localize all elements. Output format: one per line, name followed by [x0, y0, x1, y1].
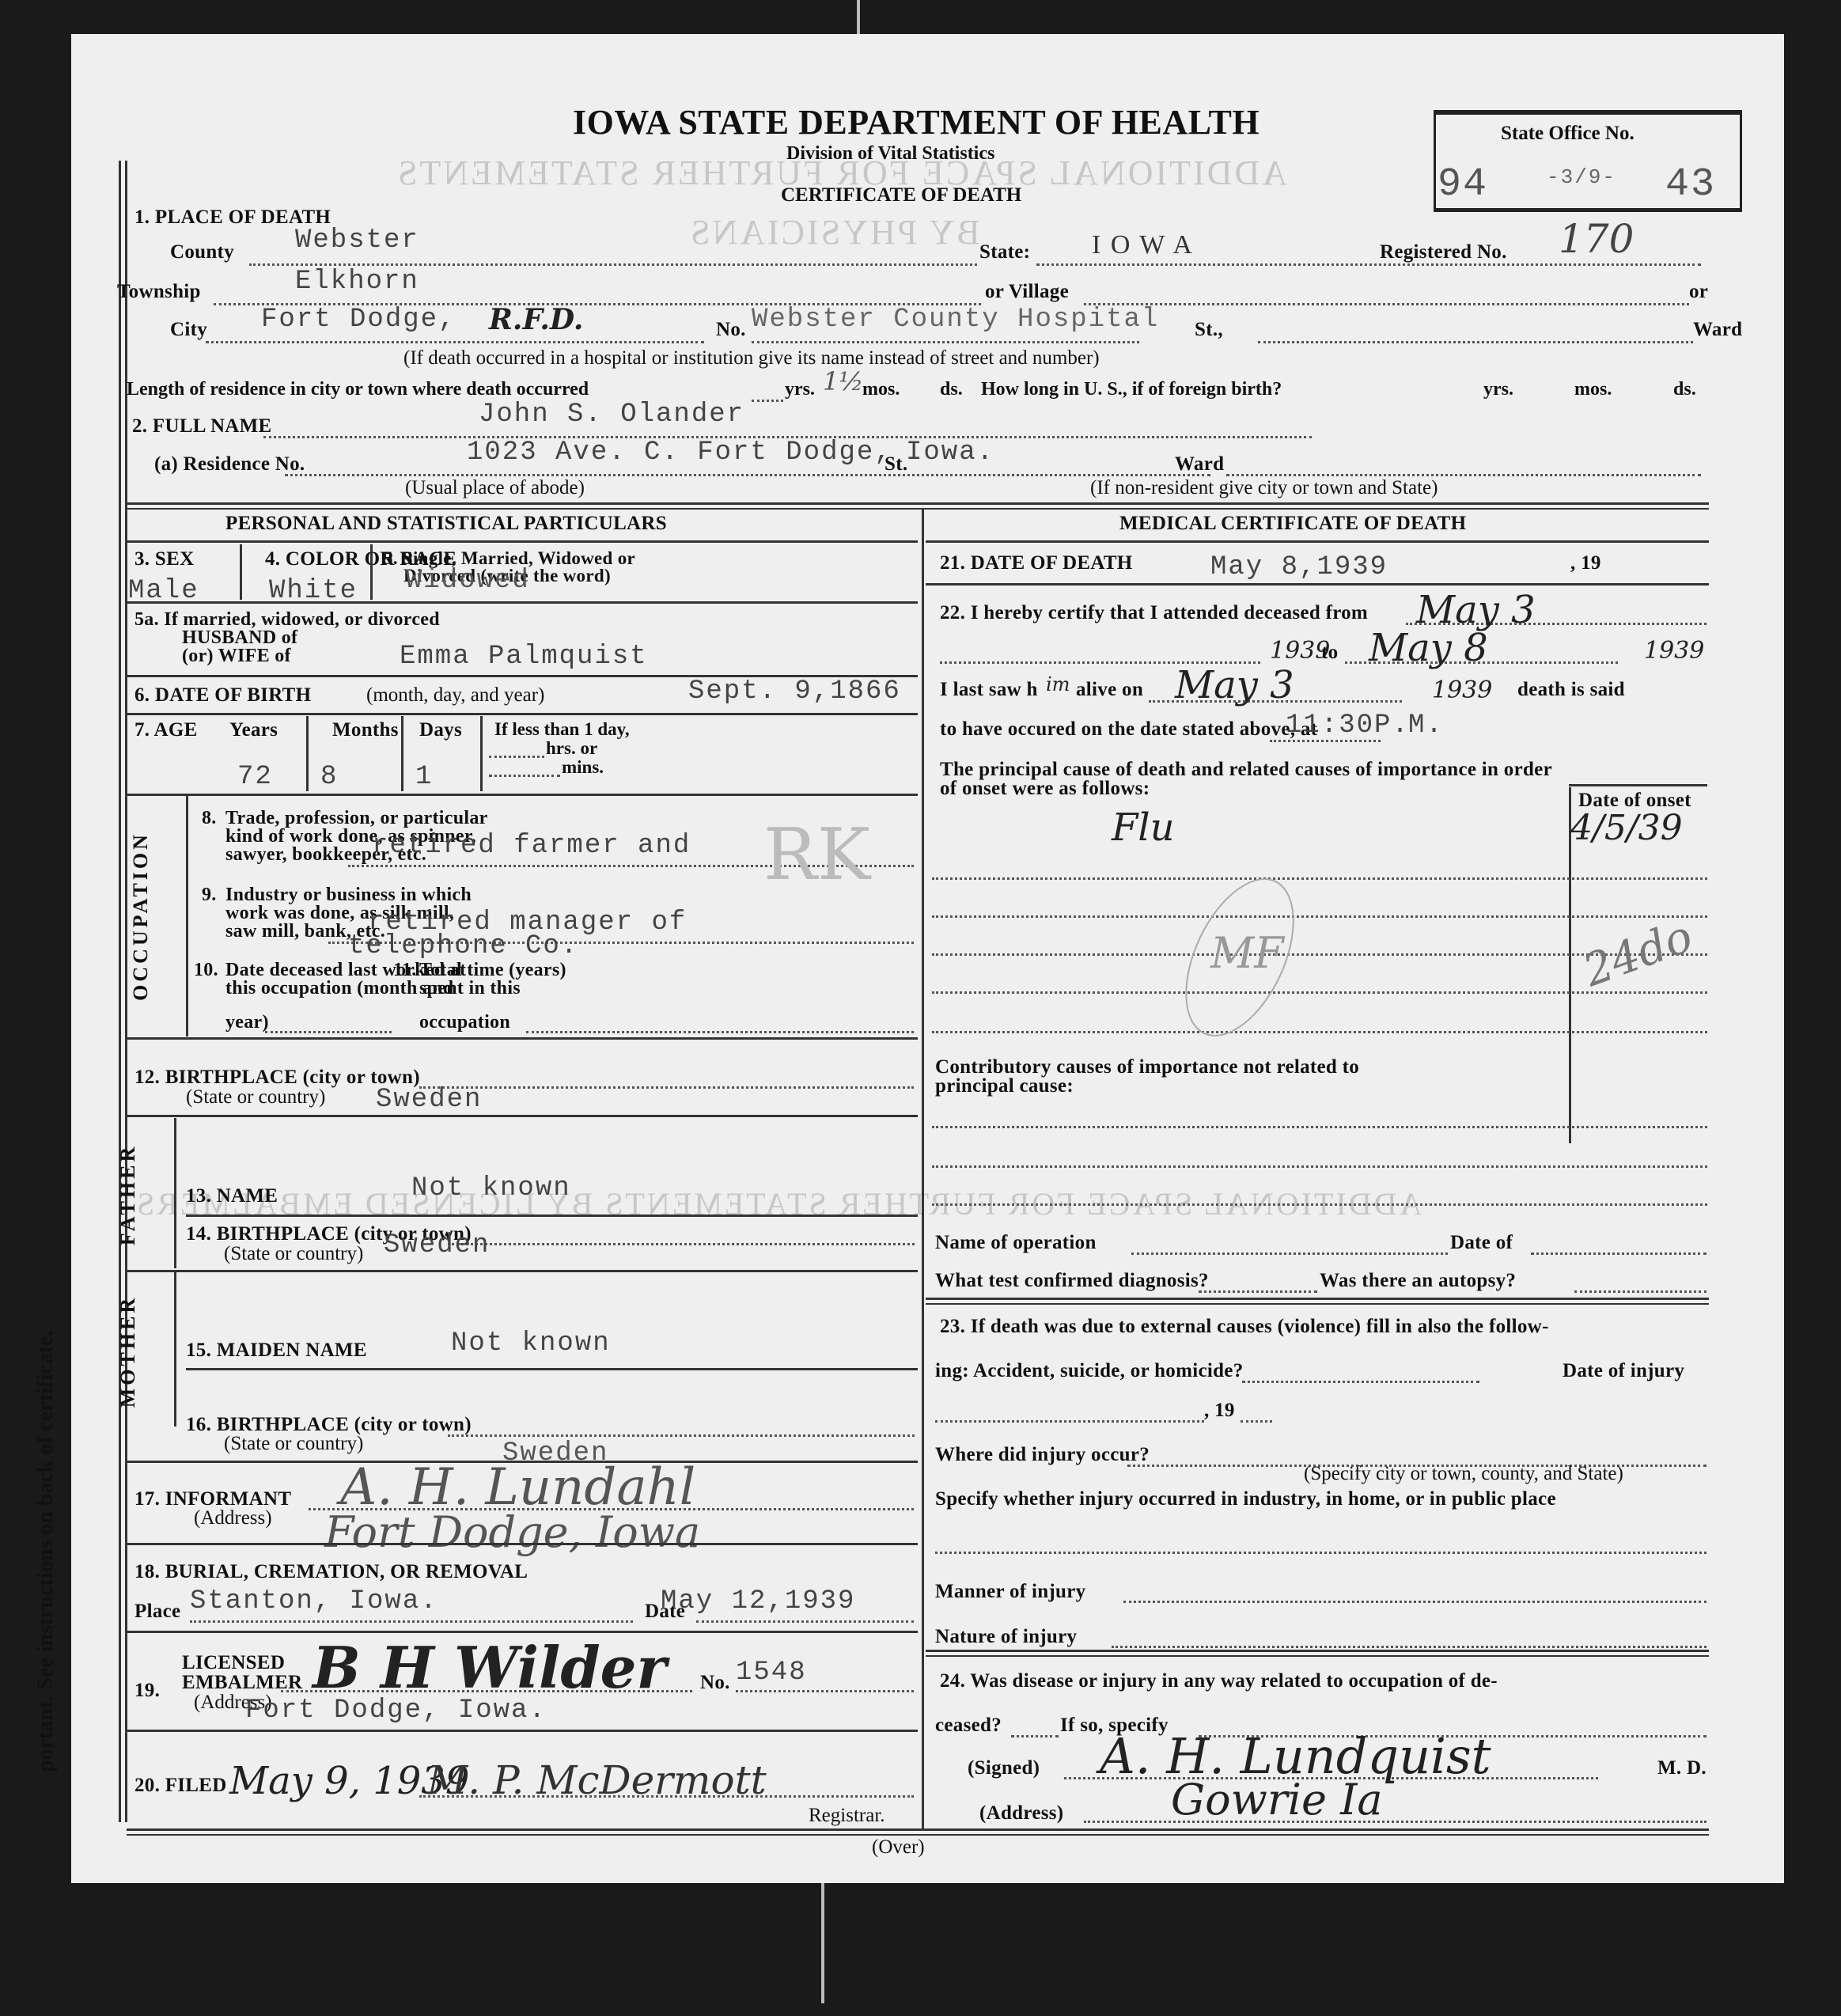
dod-value: May 8,1939: [1210, 552, 1388, 582]
trade-value: retired farmer and: [372, 831, 691, 861]
last-saw-year: 1939: [1432, 676, 1492, 704]
mother-name-label: 15. MAIDEN NAME: [186, 1340, 367, 1362]
principal-cause-label: of onset were as follows:: [940, 778, 1150, 800]
st-label: St.,: [1195, 319, 1223, 341]
us-residence-label: How long in U. S., if of foreign birth?: [981, 379, 1282, 400]
injury-date-label: Date of injury: [1563, 1360, 1684, 1382]
form-name: CERTIFICATE OF DEATH: [781, 184, 1021, 207]
cause-of-death-1: Flu: [1112, 805, 1175, 850]
residence-note: (Usual place of abode): [405, 477, 585, 499]
occupation-vertical-label: OCCUPATION: [129, 829, 153, 1003]
md-label: M. D.: [1657, 1757, 1707, 1779]
yrs-value: 1½: [823, 366, 863, 396]
days-value: 1: [415, 762, 433, 792]
column-divider: [922, 509, 924, 1830]
totaltime-label: occupation: [419, 1012, 510, 1033]
years-value: 72: [237, 762, 273, 792]
division-name: Division of Vital Statistics: [786, 143, 994, 165]
birthplace-sub: (State or country): [186, 1086, 325, 1108]
embalmer-signature: B H Wilder: [313, 1634, 666, 1701]
registered-no-value: 170: [1559, 216, 1634, 262]
state-value: I O W A: [1092, 230, 1194, 260]
residence-length-label: Length of residence in city or town wher…: [127, 379, 589, 400]
city-value: Fort Dodge,: [261, 305, 456, 335]
dob-hint: (month, day, and year): [366, 684, 544, 707]
attended-to: May 8: [1369, 626, 1488, 670]
father-birthplace-sub: (State or country): [224, 1243, 363, 1265]
where-injury-label: Where did injury occur?: [935, 1444, 1150, 1466]
embalmer-num: 19.: [134, 1680, 160, 1702]
lastwork-label: year): [225, 1012, 269, 1033]
signed-label: (Signed): [968, 1757, 1040, 1779]
city-label: City: [170, 319, 207, 341]
residence-state-value: Iowa.: [906, 438, 994, 468]
township-label: Township: [117, 281, 201, 303]
township-value: Elkhorn: [295, 267, 419, 297]
margin-instruction: portant. See instructions on back of cer…: [33, 1331, 59, 1772]
spouse-value: Emma Palmquist: [400, 642, 648, 672]
days-label: Days: [419, 719, 462, 741]
trade-num: 8.: [202, 808, 217, 829]
sex-label: 3. SEX: [134, 548, 194, 570]
to-label: to: [1321, 642, 1338, 664]
county-value: Webster: [295, 225, 419, 256]
bleed-through-text: BY PHYSICIANS: [688, 212, 980, 252]
informant-address: Fort Dodge, Iowa: [324, 1507, 700, 1557]
full-name-label: 2. FULL NAME: [132, 415, 272, 438]
mother-birthplace-sub: (State or country): [224, 1433, 363, 1455]
nonresident-note: (If non-resident give city or town and S…: [1090, 477, 1438, 499]
state-office-number: 43: [1665, 162, 1716, 207]
hrs-label: hrs. or: [546, 738, 597, 759]
hospital-note: (If death occurred in a hospital or inst…: [403, 347, 1100, 369]
initials-mark: RK: [763, 813, 870, 896]
ds-label: ds.: [940, 379, 963, 400]
last-saw-pronoun: im: [1046, 673, 1070, 695]
last-saw-label: I last saw h: [940, 679, 1038, 701]
time-of-death: 11:30P.: [1286, 711, 1410, 741]
residence-value: 1023 Ave. C. Fort Dodge,: [467, 438, 892, 468]
months-value: 8: [320, 762, 338, 792]
injury-place-label: Specify whether injury occurred in indus…: [935, 1488, 1556, 1510]
death-certificate: ADDITIONAL SPACE FOR FURTHER STATEMENTS …: [71, 34, 1784, 1883]
mins-label: mins.: [562, 757, 604, 778]
autopsy-label: Was there an autopsy?: [1320, 1270, 1516, 1292]
registrar-signature: M. P. McDermott: [427, 1757, 767, 1803]
operation-label: Name of operation: [935, 1232, 1097, 1254]
residence-st-label: St.: [885, 453, 907, 476]
external-causes-label: ing: Accident, suicide, or homicide?: [935, 1360, 1244, 1382]
over-note: (Over): [872, 1836, 925, 1859]
state-office-number: 94: [1438, 162, 1488, 207]
father-vertical-label: FATHER: [116, 1131, 140, 1258]
burial-date-value: May 12,1939: [661, 1586, 855, 1616]
totaltime-label: spent in this: [419, 978, 521, 999]
embalmer-address: Fort Dodge, Iowa.: [245, 1696, 547, 1726]
or-label: or: [1689, 281, 1708, 303]
scan-seam: [857, 0, 860, 36]
registered-no-label: Registered No.: [1380, 241, 1507, 263]
agency-title: IOWA STATE DEPARTMENT OF HEALTH: [573, 102, 1260, 142]
contributory-label: principal cause:: [935, 1075, 1074, 1097]
attended-to-year: 1939: [1644, 637, 1704, 665]
burial-place-value: Stanton, Iowa.: [190, 1586, 438, 1616]
dob-label: 6. DATE OF BIRTH: [134, 684, 311, 707]
onset-date-1: 4/5/39: [1570, 808, 1683, 848]
city-handwritten: R.F.D.: [489, 303, 583, 336]
yrs-label: yrs.: [785, 379, 815, 400]
stamp-initials: MF: [1210, 928, 1284, 978]
hospital-value: Webster County Hospital: [752, 305, 1159, 335]
nature-label: Nature of injury: [935, 1626, 1077, 1648]
marital-value: Widowed: [406, 566, 530, 596]
mother-name-value: Not known: [451, 1328, 611, 1359]
left-border: [125, 161, 127, 1822]
residence-ward-label: Ward: [1175, 453, 1224, 476]
burial-place-label: Place: [134, 1601, 180, 1623]
full-name-value: John S. Olander: [479, 400, 744, 430]
industry-num: 9.: [202, 885, 217, 906]
test-label: What test confirmed diagnosis?: [935, 1270, 1209, 1292]
where-injury-note: (Specify city or town, county, and State…: [1304, 1463, 1623, 1485]
state-label: State:: [979, 241, 1030, 263]
time-suffix: M.: [1408, 711, 1444, 741]
physician-address: Gowrie Ia: [1171, 1775, 1383, 1825]
informant-sub: (Address): [194, 1507, 272, 1529]
age-label: 7. AGE: [134, 719, 198, 741]
filed-label: 20. FILED: [134, 1775, 227, 1797]
address-label: (Address): [979, 1802, 1063, 1825]
no-label: No.: [716, 319, 746, 341]
alive-on-label: alive on: [1076, 679, 1143, 701]
us-yrs-label: yrs.: [1483, 379, 1513, 400]
ward-label: Ward: [1693, 319, 1742, 341]
manner-label: Manner of injury: [935, 1581, 1085, 1603]
certify-label: 22. I hereby certify that I attended dec…: [940, 602, 1368, 624]
medical-section-title: MEDICAL CERTIFICATE OF DEATH: [1119, 513, 1466, 535]
less-than-day-label: If less than 1 day,: [494, 719, 630, 740]
embalmer-no-value: 1548: [736, 1658, 807, 1688]
occurred-label: to have occured on the date stated above…: [940, 718, 1317, 741]
state-office-box: State Office No. 94 -3/9- 43: [1434, 110, 1742, 212]
external-causes-label: 23. If death was due to external causes …: [940, 1316, 1549, 1338]
onset-note: 24do: [1577, 911, 1699, 997]
mos-label: mos.: [862, 379, 900, 400]
county-label: County: [170, 241, 234, 263]
years-label: Years: [229, 719, 278, 741]
residence-label: (a) Residence No.: [154, 453, 305, 476]
operation-date-label: Date of: [1450, 1232, 1513, 1254]
state-office-label: State Office No.: [1501, 123, 1635, 145]
father-birthplace-value: Sweden: [384, 1230, 490, 1260]
personal-section-title: PERSONAL AND STATISTICAL PARTICULARS: [225, 513, 667, 535]
birthplace-value: Sweden: [376, 1085, 482, 1115]
dod-suffix: , 19: [1570, 552, 1601, 574]
scan-seam: [821, 1877, 824, 2003]
industry-value: telephone Co.: [348, 931, 578, 961]
lastwork-num: 10.: [194, 960, 218, 981]
spouse-label: (or) WIFE of: [182, 646, 291, 667]
dod-label: 21. DATE OF DEATH: [940, 552, 1133, 574]
deceased-label: ceased?: [935, 1715, 1002, 1737]
father-name-label: 13. NAME: [186, 1185, 278, 1207]
state-office-number: -3/9-: [1547, 165, 1616, 189]
totaltime-num: 11.: [393, 960, 417, 981]
dob-value: Sept. 9,1866: [688, 676, 901, 707]
occupation-related-label: 24. Was disease or injury in any way rel…: [940, 1670, 1498, 1692]
last-saw-date: May 3: [1175, 663, 1294, 707]
embalmer-no-label: No.: [700, 1672, 730, 1694]
mother-vertical-label: MOTHER: [116, 1288, 140, 1415]
left-border: [119, 161, 121, 1822]
months-label: Months: [332, 719, 399, 741]
father-name-value: Not known: [411, 1173, 571, 1203]
burial-label: 18. BURIAL, CREMATION, OR REMOVAL: [134, 1561, 528, 1583]
embalmer-label: LICENSED: [182, 1652, 285, 1674]
registrar-label: Registrar.: [809, 1805, 885, 1827]
injury-year-label: , 19: [1204, 1400, 1235, 1422]
death-said-label: death is said: [1517, 679, 1625, 701]
us-mos-label: mos.: [1574, 379, 1612, 400]
us-ds-label: ds.: [1673, 379, 1696, 400]
village-label: or Village: [985, 281, 1069, 303]
